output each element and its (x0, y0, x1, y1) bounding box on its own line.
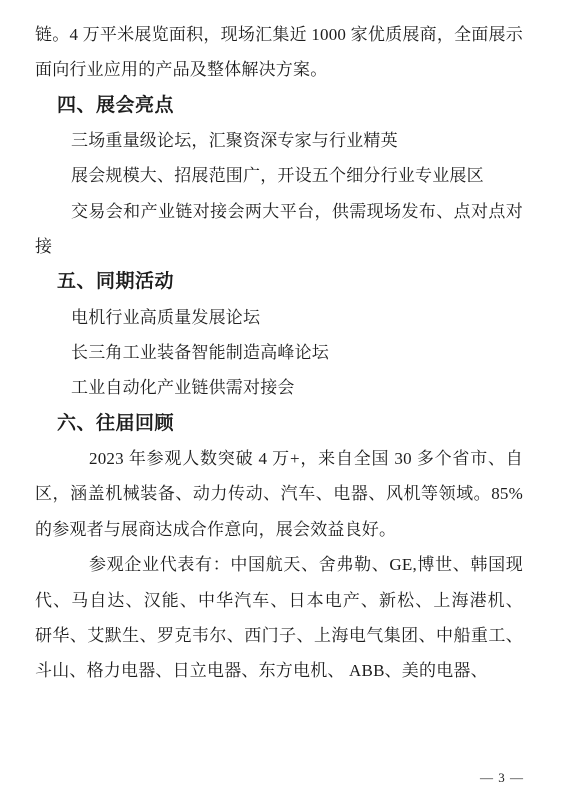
paragraph-line: 斗山、格力电器、日立电器、东方电机、 ABB、美的电器、 (35, 653, 523, 688)
page-number: — 3 — (480, 770, 524, 786)
paragraph-line: 参观企业代表有：中国航天、舍弗勒、GE,博世、韩国现 (35, 547, 523, 582)
list-item-continuation: 接 (35, 229, 523, 264)
paragraph-line: 区，涵盖机械装备、动力传动、汽车、电器、风机等领域。85% (35, 476, 523, 511)
list-item: 交易会和产业链对接会两大平台，供需现场发布、点对点对 (35, 194, 523, 229)
list-item: 工业自动化产业链供需对接会 (35, 370, 523, 405)
section-heading-6: 六、往届回顾 (35, 406, 523, 441)
paragraph-line: 的参观者与展商达成合作意向，展会效益良好。 (35, 512, 523, 547)
paragraph-line: 面向行业应用的产品及整体解决方案。 (35, 52, 523, 87)
paragraph-line: 链。4 万平米展览面积，现场汇集近 1000 家优质展商，全面展示 (35, 17, 523, 52)
list-item: 电机行业高质量发展论坛 (35, 300, 523, 335)
section-heading-5: 五、同期活动 (35, 264, 523, 299)
document-page: 链。4 万平米展览面积，现场汇集近 1000 家优质展商，全面展示 面向行业应用… (0, 0, 579, 788)
paragraph-line: 代、马自达、汉能、中华汽车、日本电产、新松、上海港机、 (35, 583, 523, 618)
list-item: 长三角工业装备智能制造高峰论坛 (35, 335, 523, 370)
paragraph-line: 研华、艾默生、罗克韦尔、西门子、上海电气集团、中船重工、 (35, 618, 523, 653)
list-item: 三场重量级论坛，汇聚资深专家与行业精英 (35, 123, 523, 158)
section-heading-4: 四、展会亮点 (35, 88, 523, 123)
list-item: 展会规模大、招展范围广，开设五个细分行业专业展区 (35, 158, 523, 193)
document-body: 链。4 万平米展览面积，现场汇集近 1000 家优质展商，全面展示 面向行业应用… (35, 17, 523, 689)
paragraph-line: 2023 年参观人数突破 4 万+，来自全国 30 多个省市、自治 (35, 441, 523, 476)
